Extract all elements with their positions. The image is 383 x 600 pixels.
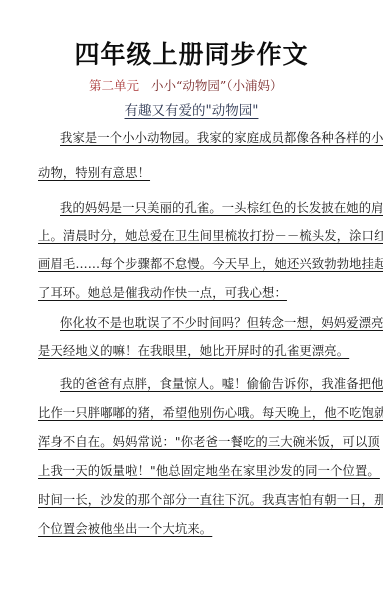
line-text: 浑身不自在。妈妈常说："你老爸一餐吃的三大碗米饭，可以顶 <box>38 435 380 449</box>
line-text: 我家是一个小小动物园。我家的家庭成员都像各种各样的小 <box>60 131 383 145</box>
line-text: 上。清晨时分，她总爱在卫生间里梳妆打扮－－梳头发，涂口红， <box>38 229 383 243</box>
paragraph-line: 个位置会被他坐出一个大坑来。 <box>38 519 212 537</box>
line-text: 画眉毛……每个步骤都不怠慢。今天早上，她还兴致勃勃地挂起 <box>38 257 383 271</box>
line-text: 是天经地义的嘛！在我眼里，她比开屏时的孔雀更漂亮。 <box>38 344 349 358</box>
line-text: 我的爸爸有点胖，食量惊人。嘘！偷偷告诉你，我准备把他 <box>60 377 383 391</box>
paragraph-line: 你化妆不是也耽误了不少时间吗？但转念一想，妈妈爱漂亮 <box>60 313 383 331</box>
essay-title: 有趣又有爱的"动物园" <box>0 99 383 119</box>
unit-label: 第二单元 <box>89 78 139 93</box>
line-text: 上我一天的饭量啦！"他总固定地坐在家里沙发的同一个位置。 <box>38 464 380 478</box>
document-page: 四年级上册同步作文 第二单元小小“动物园”（小浦妈） 有趣又有爱的"动物园" 我… <box>0 0 383 600</box>
paragraph-line: 动物，特别有意思！ <box>38 163 150 181</box>
paragraph-line: 时间一长，沙发的那个部分一直往下沉。我真害怕有朝一日，那 <box>38 490 383 508</box>
essay-title-text: 有趣又有爱的"动物园" <box>125 103 259 119</box>
paragraph-line: 画眉毛……每个步骤都不怠慢。今天早上，她还兴致勃勃地挂起 <box>38 254 383 272</box>
paragraph-line: 比作一只胖嘟嘟的猪，希望他别伤心哦。每天晚上，他不吃饱就 <box>38 403 383 421</box>
line-text: 比作一只胖嘟嘟的猪，希望他别伤心哦。每天晚上，他不吃饱就 <box>38 406 383 420</box>
paragraph-line: 上。清晨时分，她总爱在卫生间里梳妆打扮－－梳头发，涂口红， <box>38 226 383 244</box>
document-title: 四年级上册同步作文 <box>0 35 383 71</box>
unit-subtitle: 第二单元小小“动物园”（小浦妈） <box>89 76 283 94</box>
paragraph-line: 我的妈妈是一只美丽的孔雀。一头棕红色的长发披在她的肩 <box>60 198 383 216</box>
line-text: 了耳环。她总是催我动作快一点，可我心想： <box>38 286 287 300</box>
line-text: 我的妈妈是一只美丽的孔雀。一头棕红色的长发披在她的肩 <box>60 201 383 215</box>
paragraph-line: 我的爸爸有点胖，食量惊人。嘘！偷偷告诉你，我准备把他 <box>60 374 383 392</box>
line-text: 时间一长，沙发的那个部分一直往下沉。我真害怕有朝一日，那 <box>38 493 383 507</box>
paragraph-line: 浑身不自在。妈妈常说："你老爸一餐吃的三大碗米饭，可以顶 <box>38 432 380 450</box>
line-text: 个位置会被他坐出一个大坑来。 <box>38 522 212 536</box>
paragraph-line: 上我一天的饭量啦！"他总固定地坐在家里沙发的同一个位置。 <box>38 461 380 479</box>
paragraph-line: 是天经地义的嘛！在我眼里，她比开屏时的孔雀更漂亮。 <box>38 341 349 359</box>
paragraph-line: 了耳环。她总是催我动作快一点，可我心想： <box>38 283 287 301</box>
unit-text: 小小“动物园”（小浦妈） <box>151 78 283 93</box>
line-text: 你化妆不是也耽误了不少时间吗？但转念一想，妈妈爱漂亮 <box>60 316 383 330</box>
line-text: 动物，特别有意思！ <box>38 166 150 180</box>
paragraph-line: 我家是一个小小动物园。我家的家庭成员都像各种各样的小 <box>60 128 383 146</box>
